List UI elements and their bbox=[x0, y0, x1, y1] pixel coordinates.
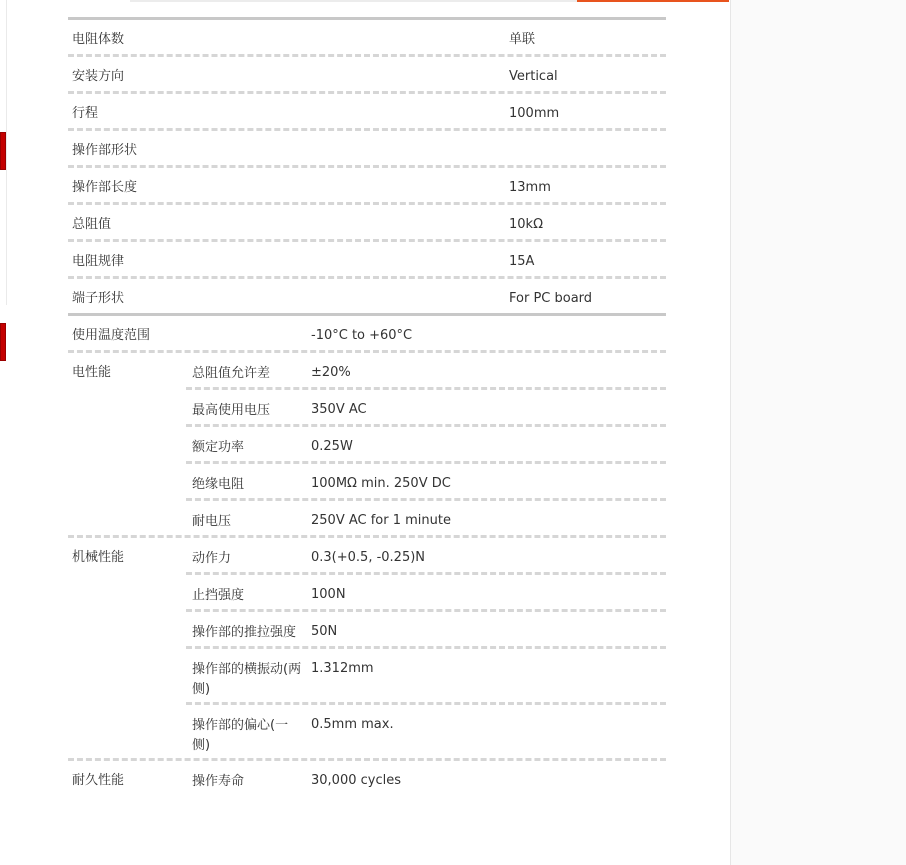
side-marker-2[interactable] bbox=[0, 323, 6, 361]
spec-table: 电阻体数单联 安装方向Vertical 行程100mm 操作部形状 操作部长度1… bbox=[68, 17, 666, 798]
item-label: 绝缘电阻 bbox=[192, 464, 304, 495]
item-label: 耐电压 bbox=[192, 501, 304, 532]
item-label: 动作力 bbox=[192, 538, 304, 569]
table-row: 端子形状For PC board bbox=[68, 279, 666, 316]
item-label: 最高使用电压 bbox=[192, 390, 304, 421]
table-row: 额定功率0.25W bbox=[186, 427, 666, 464]
table-row: 绝缘电阻100MΩ min. 250V DC bbox=[186, 464, 666, 501]
table-row: 最高使用电压350V AC bbox=[186, 390, 666, 427]
item-label: 止挡强度 bbox=[192, 575, 304, 606]
right-panel bbox=[730, 0, 906, 865]
table-row: 动作力0.3(+0.5, -0.25)N bbox=[186, 538, 666, 575]
table-row: 操作部的横振动(两侧)1.312mm bbox=[186, 649, 666, 705]
table-row: 电阻规律15A bbox=[68, 242, 666, 279]
table-row: 电阻体数单联 bbox=[68, 20, 666, 57]
item-label: 总阻值允许差 bbox=[192, 353, 304, 384]
table-row: 操作寿命30,000 cycles bbox=[186, 761, 666, 798]
table-row: 操作部的偏心(一侧)0.5mm max. bbox=[68, 705, 666, 761]
table-row: 操作部长度13mm bbox=[68, 168, 666, 205]
table-row: 总阻值允许差±20% bbox=[186, 353, 666, 390]
section-label: 电性能 bbox=[72, 353, 111, 393]
item-label: 操作部的偏心(一侧) bbox=[192, 705, 304, 756]
table-row: 耐电压250V AC for 1 minute bbox=[68, 501, 666, 538]
table-row: 行程100mm bbox=[68, 94, 666, 131]
table-row: 安装方向Vertical bbox=[68, 57, 666, 94]
item-label: 额定功率 bbox=[192, 427, 304, 458]
table-row: 操作部的推拉强度50N bbox=[186, 612, 666, 649]
item-label: 操作寿命 bbox=[192, 761, 304, 792]
item-label: 操作部的推拉强度 bbox=[192, 612, 304, 643]
item-value: 0.5mm max. bbox=[311, 705, 394, 745]
section-label: 机械性能 bbox=[72, 538, 124, 578]
side-marker-1[interactable] bbox=[0, 132, 6, 170]
section-label: 耐久性能 bbox=[72, 761, 124, 801]
section-durability: 耐久性能 操作寿命30,000 cycles bbox=[68, 761, 666, 798]
table-row: 总阻值10kΩ bbox=[68, 205, 666, 242]
table-row: 操作部形状 bbox=[68, 131, 666, 168]
item-value: 30,000 cycles bbox=[311, 761, 401, 801]
temperature-row: 使用温度范围-10°C to +60°C bbox=[68, 316, 666, 353]
active-tab-indicator bbox=[577, 0, 729, 2]
section-mechanical: 机械性能 动作力0.3(+0.5, -0.25)N 止挡强度100N 操作部的推… bbox=[68, 538, 666, 761]
table-row: 止挡强度100N bbox=[186, 575, 666, 612]
section-electrical: 电性能 总阻值允许差±20% 最高使用电压350V AC 额定功率0.25W 绝… bbox=[68, 353, 666, 538]
item-value: 1.312mm bbox=[311, 649, 374, 689]
top-divider bbox=[130, 0, 577, 2]
item-label: 操作部的横振动(两侧) bbox=[192, 649, 304, 700]
